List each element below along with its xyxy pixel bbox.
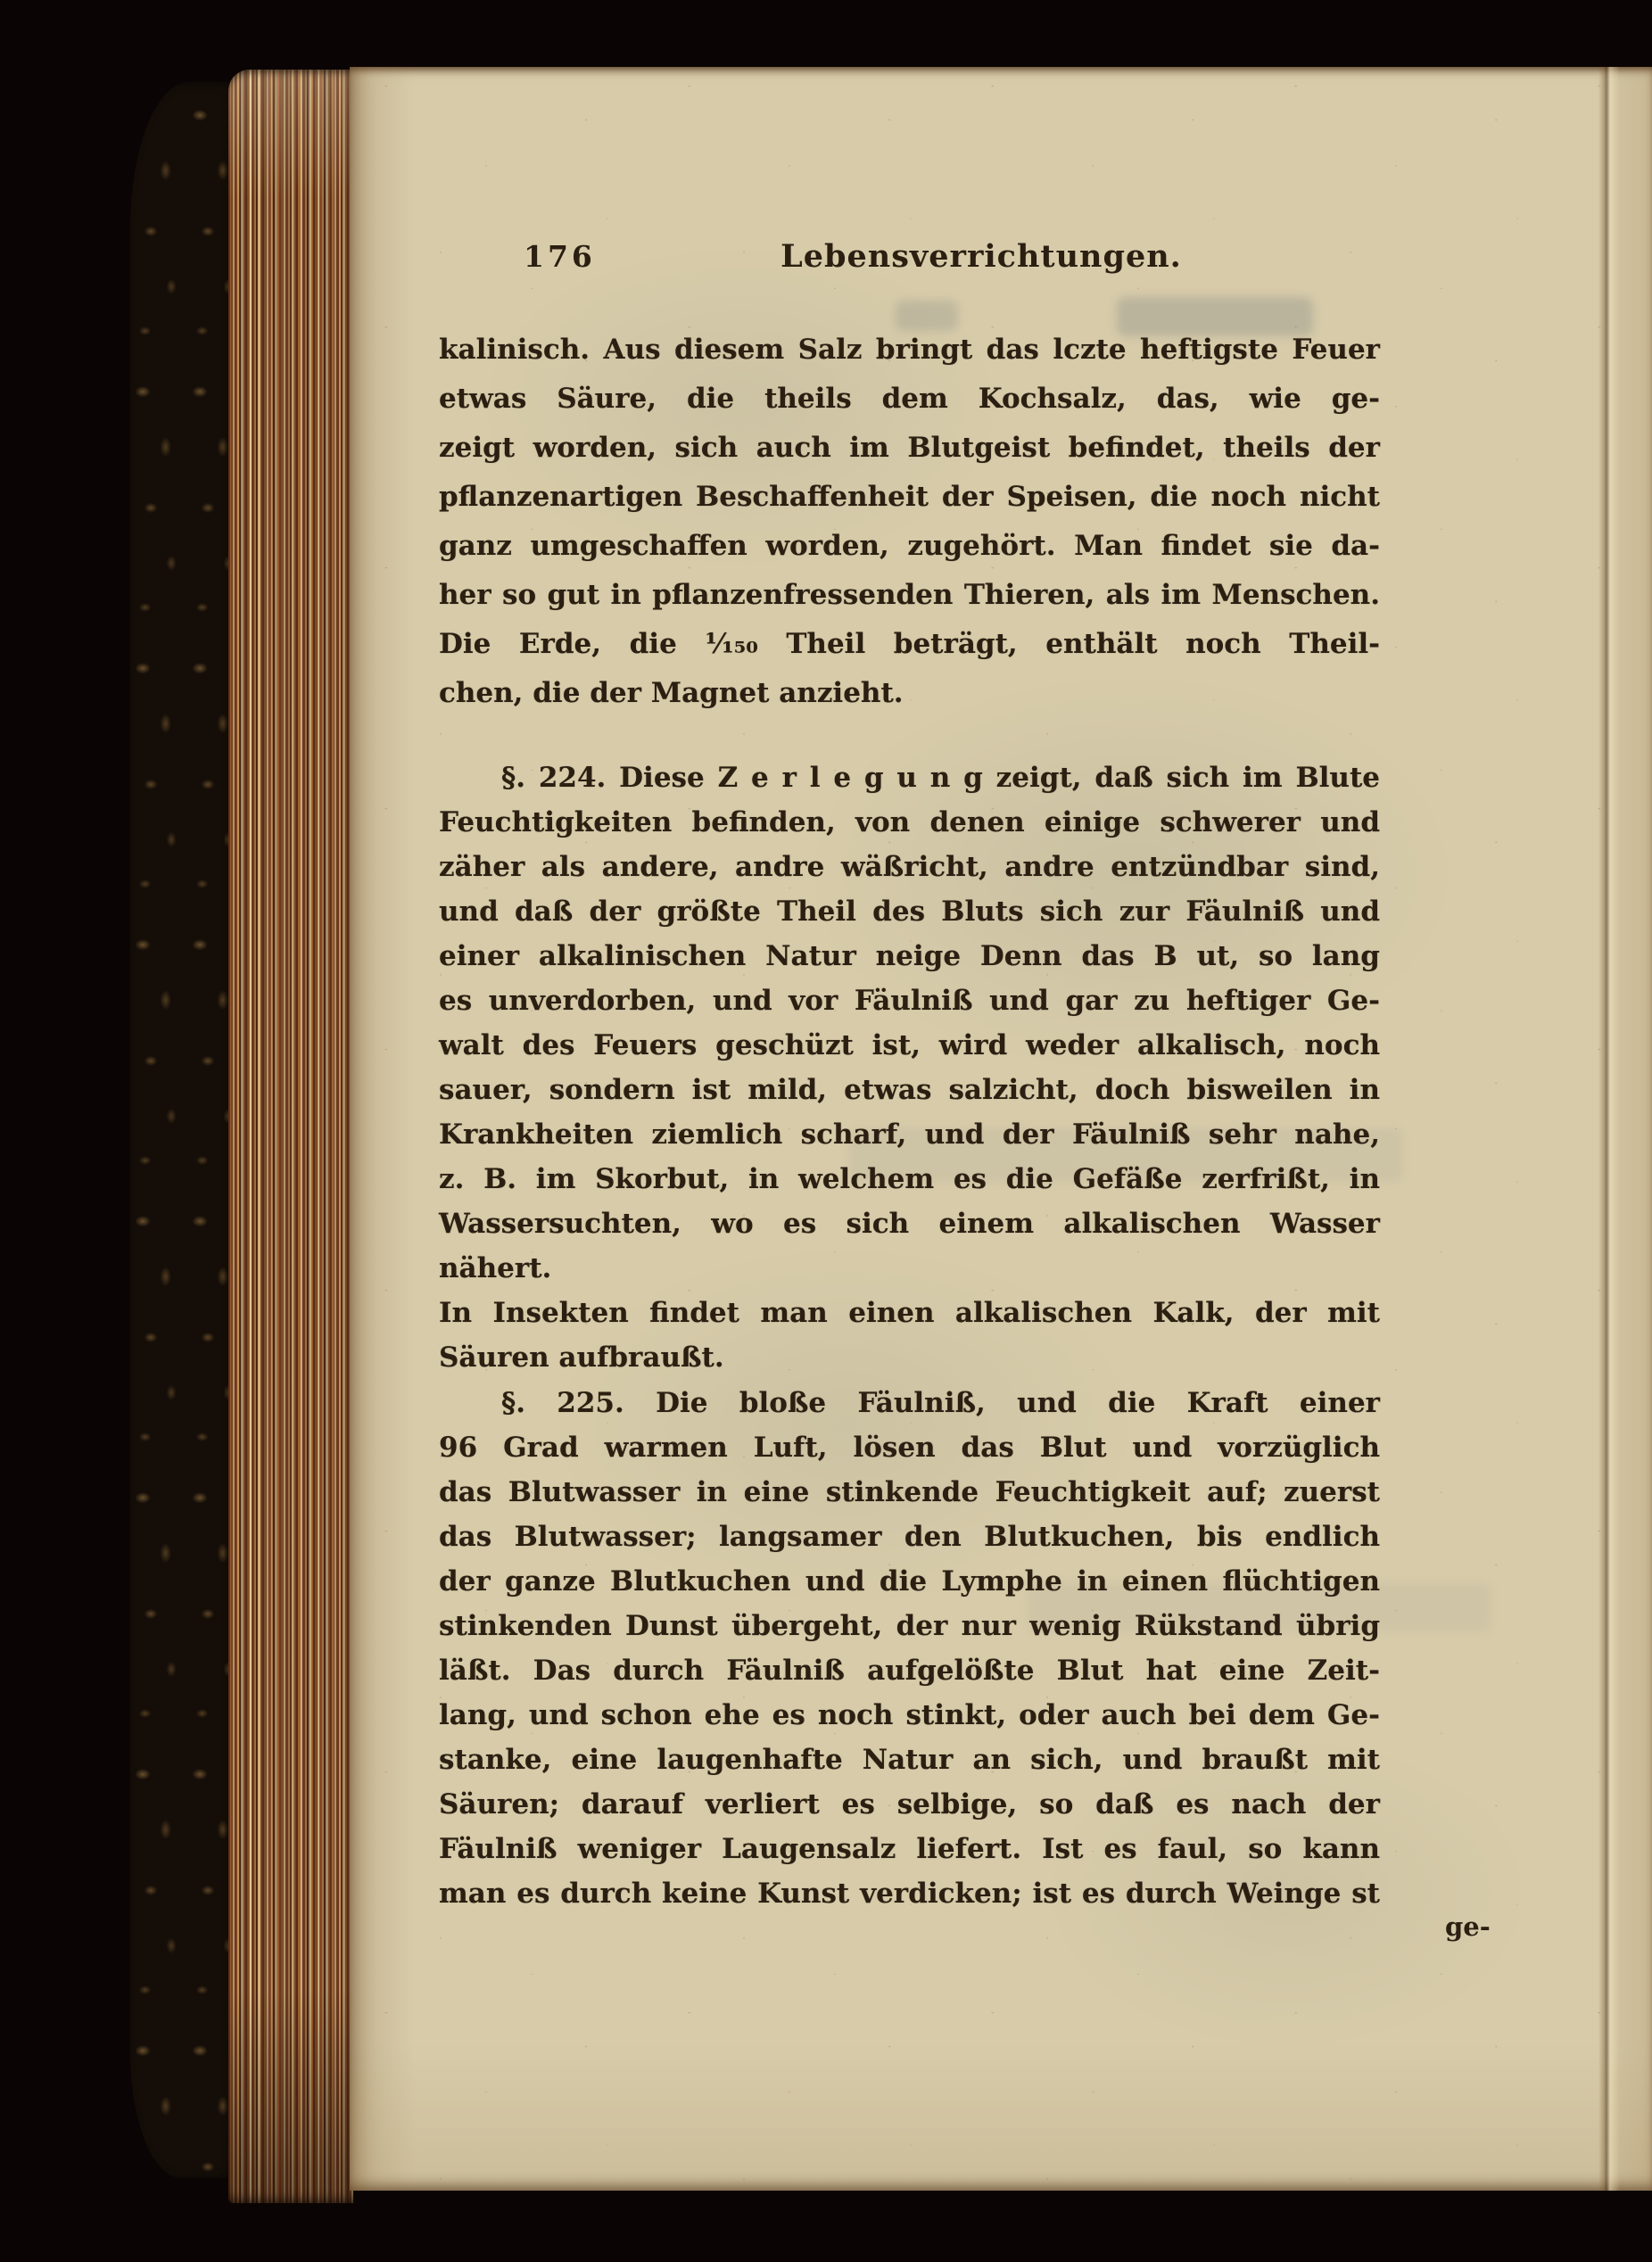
running-header: Lebensverrichtungen. [767,238,1195,275]
text-line: walt des Feuers geschüzt ist, wird weder… [439,1023,1380,1068]
text-line: Die Erde, die ¹⁄₁₅₀ Theil beträgt, enthä… [439,620,1380,669]
text-line: man es durch keine Kunst verdicken; ist … [439,1871,1380,1916]
text-line: einer alkalinischen Natur neige Denn das… [439,934,1380,978]
text-line: das Blutwasser in eine stinkende Feuchti… [439,1470,1380,1515]
fore-edge-page-stack [228,70,353,2203]
text-line: zäher als andere, andre wäßricht, andre … [439,845,1380,889]
text-line: pflanzenartigen Beschaffenheit der Speis… [439,473,1380,522]
text-line: ganz umgeschaffen worden, zugehört. Man … [439,522,1380,571]
book-cover-marble [130,82,237,2178]
text-line: In Insekten findet man einen alkalischen… [439,1291,1380,1335]
text-line: Krankheiten ziemlich scharf, und der Fäu… [439,1112,1380,1157]
text-line: z. B. im Skorbut, in welchem es die Gefä… [439,1157,1380,1201]
text-line: kalinisch. Aus diesem Salz bringt das lc… [439,326,1380,375]
text-line: stanke, eine laugenhafte Natur an sich, … [439,1738,1380,1782]
fore-edge-stripes [228,70,353,2203]
text-line: chen, die der Magnet anzieht. [439,669,1380,718]
catchword: ge- [1445,1911,1491,1942]
text-line: etwas Säure, die theils dem Kochsalz, da… [439,375,1380,424]
text-line: Wassersuchten, wo es sich einem alkalisc… [439,1201,1380,1291]
text-line: Feuchtigkeiten befinden, von denen einig… [439,800,1380,845]
text-line: lang, und schon ehe es noch stinkt, oder… [439,1693,1380,1738]
text-line: der ganze Blutkuchen und die Lymphe in e… [439,1559,1380,1604]
text-line: Säuren aufbraußt. [439,1335,1380,1380]
body-paragraph: kalinisch. Aus diesem Salz bringt das lc… [439,326,1380,718]
text-line: §. 224. Diese Z e r l e g u n g zeigt, d… [439,755,1380,800]
text-line: Fäulniß weniger Laugensalz liefert. Ist … [439,1827,1380,1871]
text-line: her so gut in pflanzenfressenden Thieren… [439,571,1380,620]
text-line: stinkenden Dunst übergeht, der nur wenig… [439,1604,1380,1648]
text-line: sauer, sondern ist mild, etwas salzicht,… [439,1068,1380,1112]
body-paragraph: §. 224. Diese Z e r l e g u n g zeigt, d… [439,755,1380,1380]
text-line: zeigt worden, sich auch im Blutgeist bef… [439,424,1380,473]
scan-background: { "colors": { "background": "#0a0504", "… [0,0,1652,2262]
text-line: und daß der größte Theil des Bluts sich … [439,889,1380,934]
text-line: das Blutwasser; langsamer den Blutkuchen… [439,1515,1380,1559]
page-number: 176 [524,239,596,274]
page-crease [1598,67,1652,2191]
text-line: §. 225. Die bloße Fäulniß, und die Kraft… [439,1381,1380,1425]
text-line: läßt. Das durch Fäulniß aufgelößte Blut … [439,1648,1380,1693]
text-line: Säuren; darauf verliert es selbige, so d… [439,1782,1380,1827]
body-paragraph: §. 225. Die bloße Fäulniß, und die Kraft… [439,1381,1380,1916]
text-line: es unverdorben, und vor Fäulniß und gar … [439,978,1380,1023]
text-line: 96 Grad warmen Luft, lösen das Blut und … [439,1425,1380,1470]
book-page: 176 Lebensverrichtungen. kalinisch. Aus … [350,67,1652,2191]
